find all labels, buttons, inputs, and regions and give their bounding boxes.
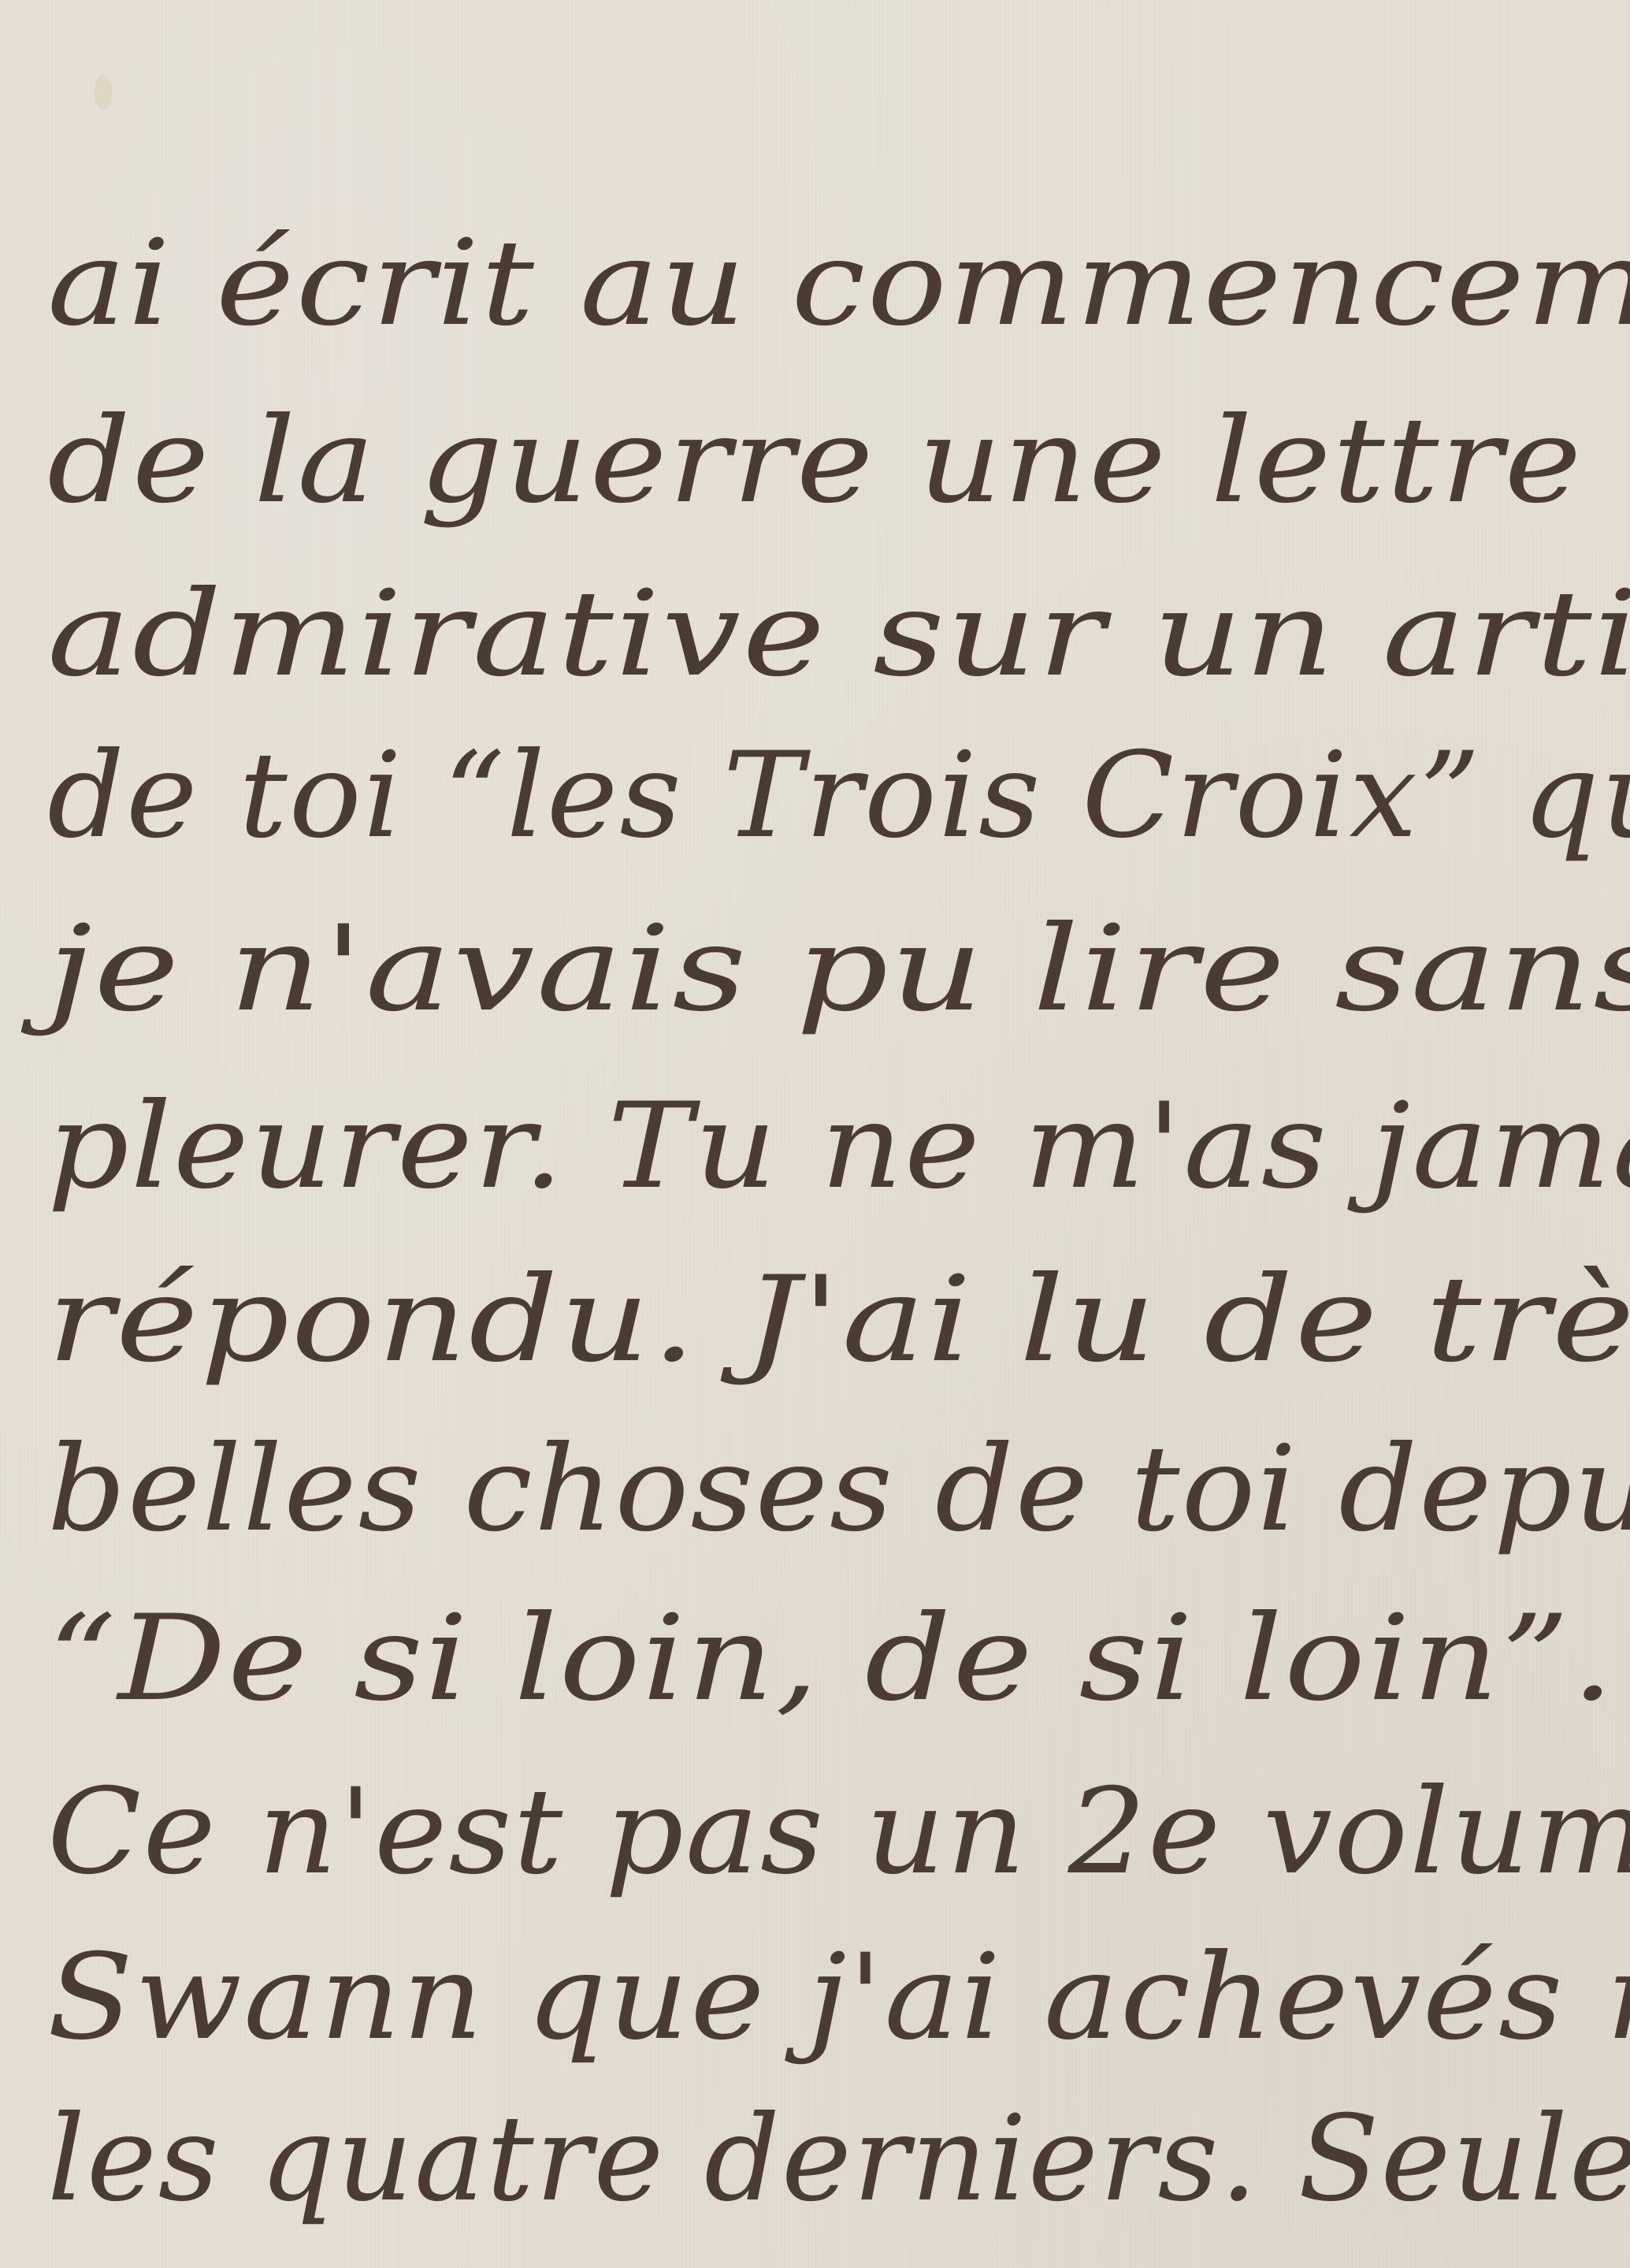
letter-page: ai écrit au commencement de la guerre un… bbox=[0, 0, 1630, 2268]
letter-line-2: de la guerre une lettre très bbox=[47, 402, 1630, 520]
letter-line-4: de toi “les Trois Croix” qui bbox=[47, 737, 1630, 855]
letter-line-5: je n'avais pu lire sans bbox=[47, 910, 1630, 1028]
letter-line-12: les quatre derniers. Seulement bbox=[47, 2100, 1630, 2218]
letter-line-6: pleurer. Tu ne m'as jamais bbox=[47, 1088, 1630, 1206]
letter-line-1: ai écrit au commencement bbox=[47, 225, 1630, 343]
letter-line-8: belles choses de toi depuis. bbox=[47, 1430, 1630, 1549]
letter-line-7: répondu. J'ai lu de très bbox=[47, 1261, 1630, 1379]
letter-line-10: Ce n'est pas un 2e volume de bbox=[47, 1773, 1630, 1891]
letter-body: ai écrit au commencement de la guerre un… bbox=[0, 0, 1630, 2268]
letter-line-11: Swann que j'ai achevés mais bbox=[47, 1939, 1630, 2057]
letter-line-3: admirative sur un article bbox=[47, 575, 1630, 693]
letter-line-9: “De si loin, de si loin”. bbox=[47, 1600, 1616, 1718]
